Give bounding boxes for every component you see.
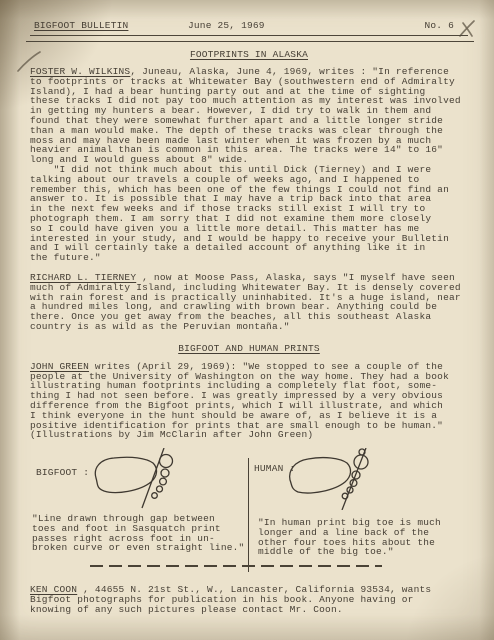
tierney-paragraph: RICHARD L. TIERNEY , now at Moose Pass, …: [30, 273, 468, 332]
wilkins-text: , Juneau, Alaska, June 4, 1969, writes :…: [30, 66, 461, 263]
bulletin-page: -5- BIGFOOT BULLETIN June 25, 1969 No. 6…: [0, 0, 494, 640]
column-divider: [248, 458, 249, 572]
issue-number: No. 6: [424, 21, 454, 31]
masthead-rule: [26, 41, 474, 42]
bigfoot-caption: "Line drawn through gap between toes and…: [32, 514, 248, 553]
coon-paragraph: KEN COON , 44655 N. 21st St., W., Lancas…: [30, 585, 468, 614]
dashed-rule: [90, 565, 382, 567]
heading-bigfoot-and-human-prints: BIGFOOT AND HUMAN PRINTS: [30, 344, 468, 354]
bigfoot-footprint-drawing: [86, 448, 186, 510]
bulletin-title: BIGFOOT BULLETIN: [34, 21, 128, 31]
green-text: writes (April 29, 1969): "We stopped to …: [30, 361, 449, 441]
coon-text: , 44655 N. 21st St., W., Lancaster, Cali…: [30, 584, 431, 615]
page-content: BIGFOOT BULLETIN June 25, 1969 No. 6 FOO…: [0, 0, 494, 614]
human-caption: "In human print big toe is much longer a…: [258, 518, 474, 557]
illustration-panel: BIGFOOT : HUMAN :: [30, 452, 468, 576]
issue-date: June 25, 1969: [188, 21, 265, 31]
heading-footprints-text: FOOTPRINTS IN ALASKA: [190, 49, 308, 60]
masthead: BIGFOOT BULLETIN June 25, 1969 No. 6: [30, 21, 468, 36]
tierney-text: , now at Moose Pass, Alaska, says "I mys…: [30, 272, 461, 332]
green-paragraph: JOHN GREEN writes (April 29, 1969): "We …: [30, 362, 468, 440]
heading-footprints-in-alaska: FOOTPRINTS IN ALASKA: [30, 50, 468, 60]
human-footprint-drawing: [282, 448, 382, 510]
heading-prints-text: BIGFOOT AND HUMAN PRINTS: [178, 343, 320, 354]
bigfoot-label: BIGFOOT :: [36, 468, 89, 478]
wilkins-paragraph: FOSTER W. WILKINS, Juneau, Alaska, June …: [30, 67, 468, 263]
